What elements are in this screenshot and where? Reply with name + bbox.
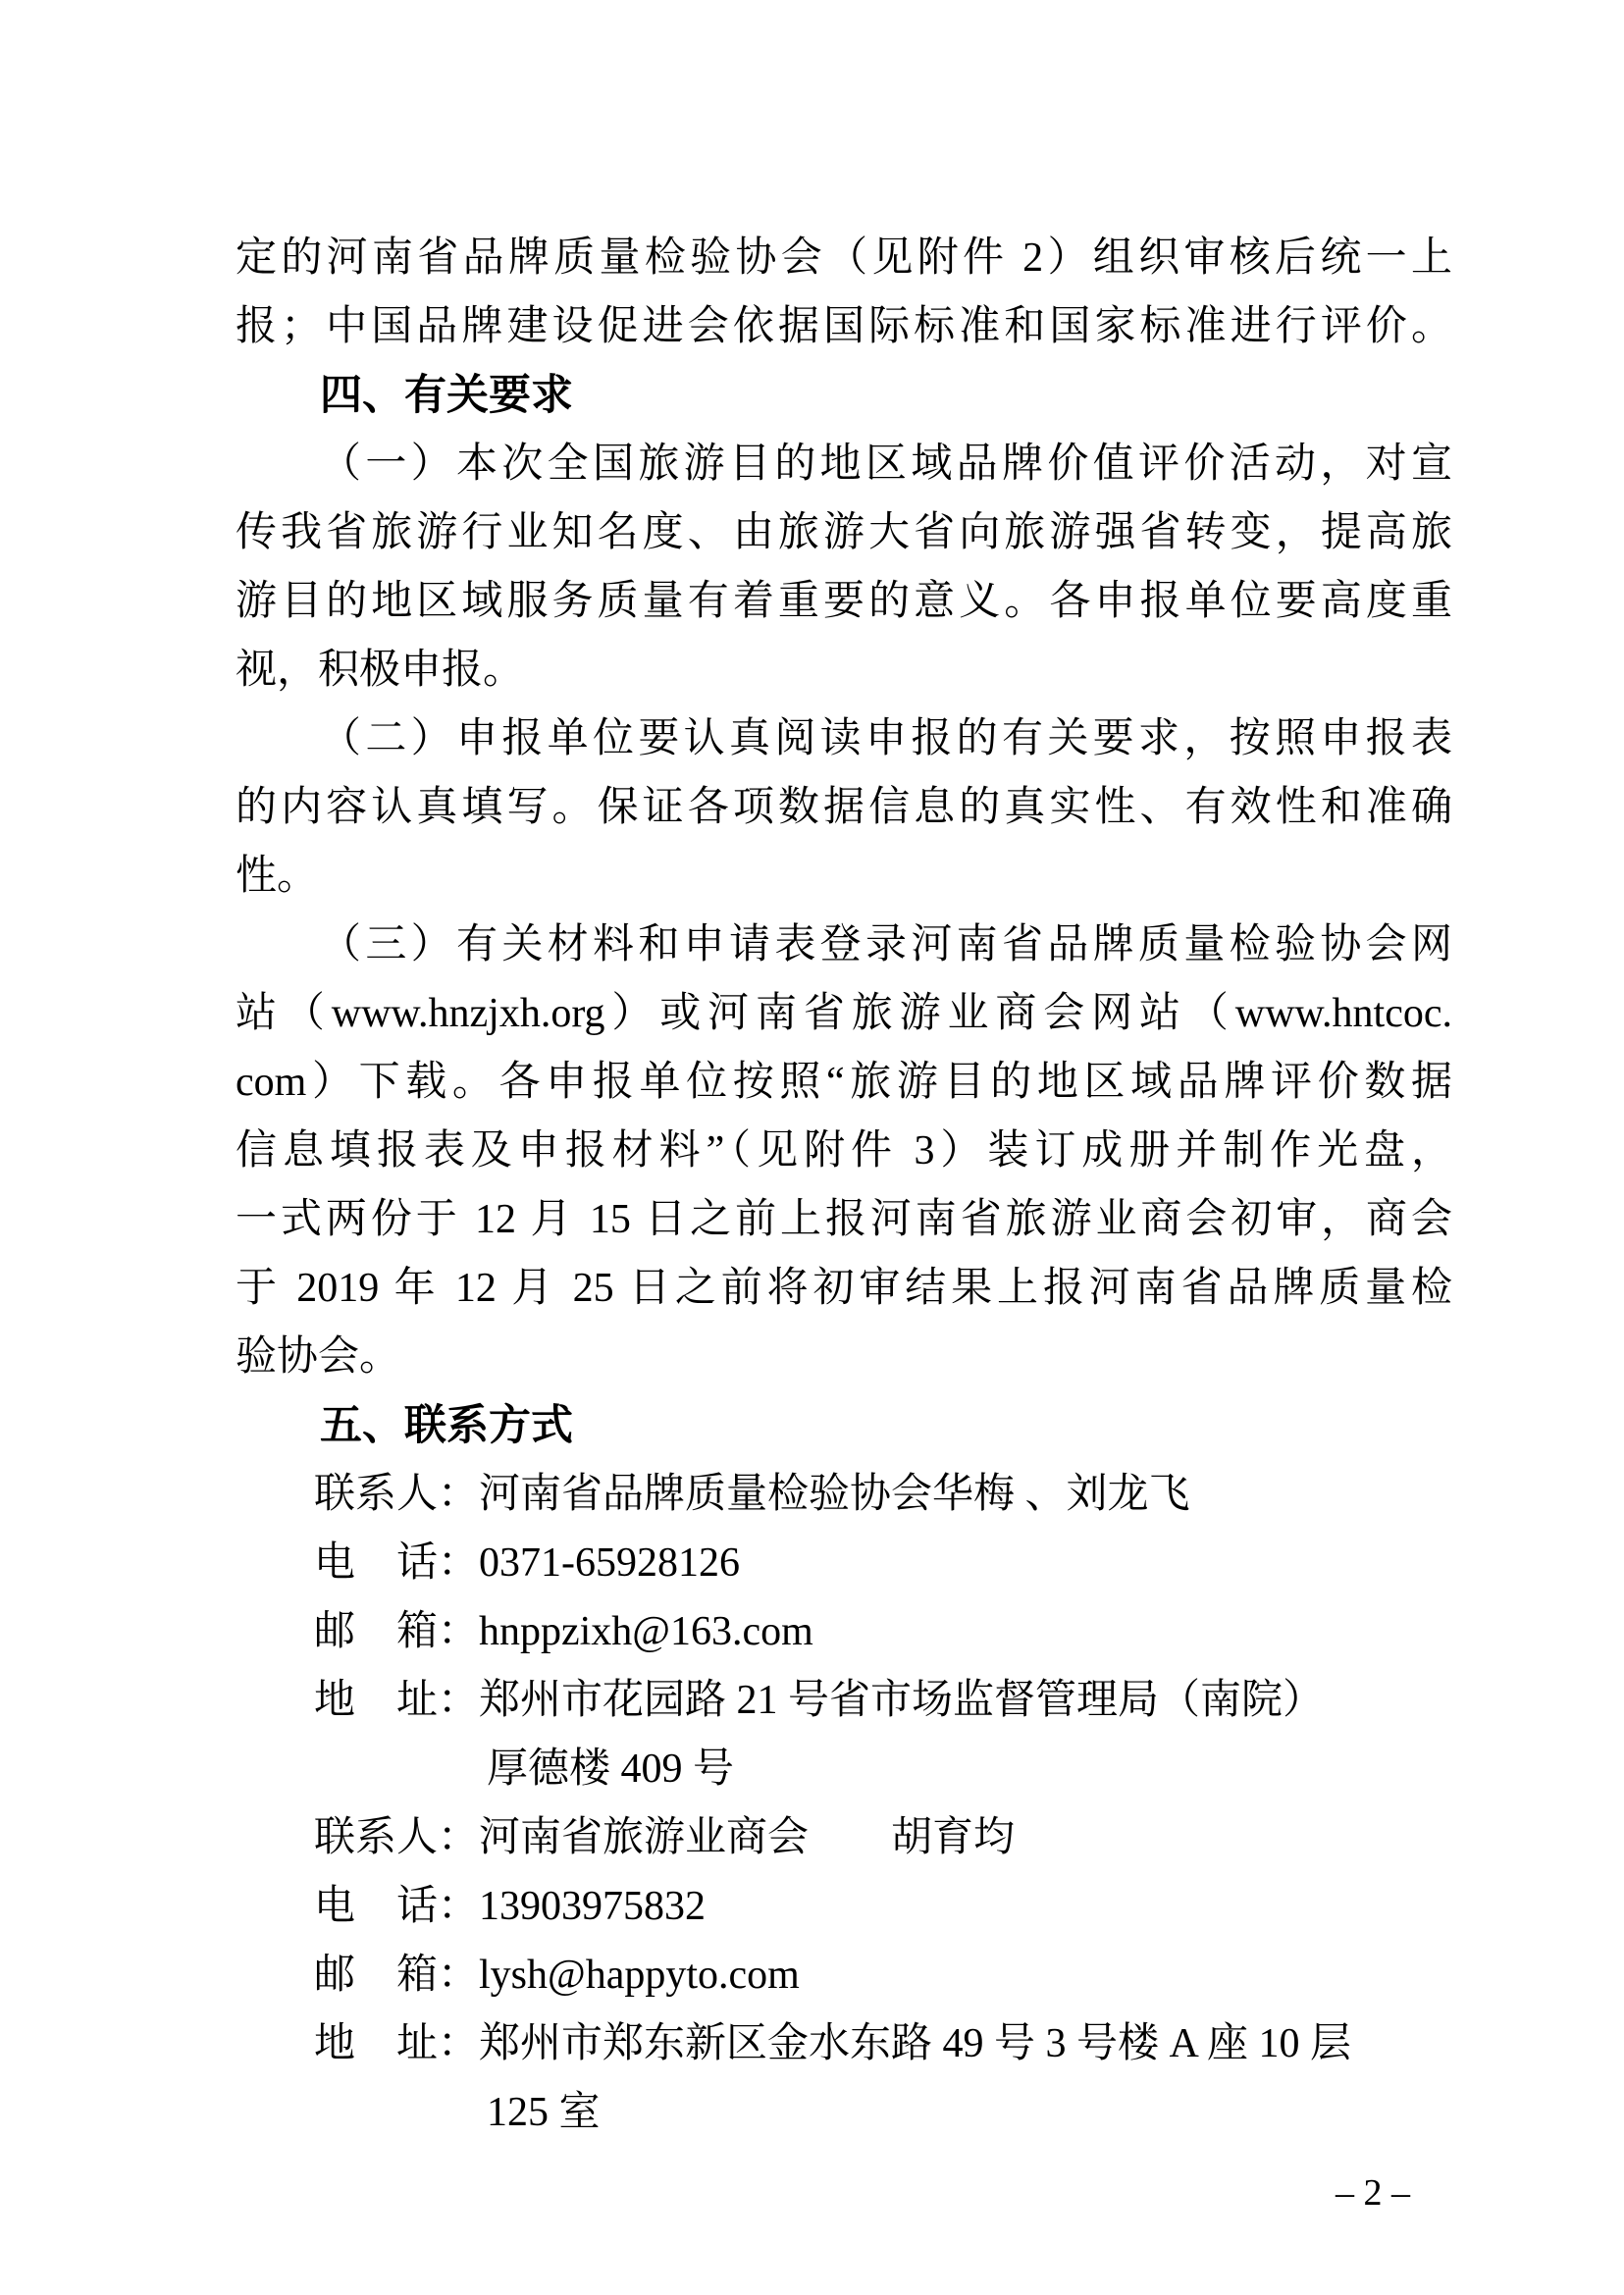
text-line: （二）申报单位要认真阅读申报的有关要求，按照申报表: [236, 704, 1452, 773]
text-line: 地 址：郑州市郑东新区金水东路 49 号 3 号楼 A 座 10 层: [236, 2009, 1452, 2078]
text-line: 站（www.hnzjxh.org）或河南省旅游业商会网站（www.hntcoc.: [236, 979, 1452, 1048]
text-line: 报；中国品牌建设促进会依据国际标准和国家标准进行评价。: [236, 292, 1452, 361]
text-line: （三）有关材料和申请表登录河南省品牌质量检验协会网: [236, 911, 1452, 979]
text-line: 的内容认真填写。保证各项数据信息的真实性、有效性和准确: [236, 773, 1452, 842]
text-line: 游目的地区域服务质量有着重要的意义。各申报单位要高度重: [236, 567, 1452, 636]
document-body: 定的河南省品牌质量检验协会（见附件 2）组织审核后统一上报；中国品牌建设促进会依…: [236, 224, 1452, 2147]
text-line: 厚德楼 409 号: [236, 1735, 1452, 1803]
text-line: 电 话：13903975832: [236, 1872, 1452, 1941]
text-line: 性。: [236, 842, 1452, 911]
text-line: com）下载。各申报单位按照“旅游目的地区域品牌评价数据: [236, 1048, 1452, 1117]
text-line: 联系人：河南省品牌质量检验协会华梅 、刘龙飞: [236, 1460, 1452, 1529]
text-line: 电 话：0371-65928126: [236, 1529, 1452, 1597]
text-line: 邮 箱：lysh@happyto.com: [236, 1941, 1452, 2009]
text-line: 于 2019 年 12 月 25 日之前将初审结果上报河南省品牌质量检: [236, 1254, 1452, 1323]
text-line: 验协会。: [236, 1323, 1452, 1391]
text-line: 定的河南省品牌质量检验协会（见附件 2）组织审核后统一上: [236, 224, 1452, 292]
document-page: 定的河南省品牌质量检验协会（见附件 2）组织审核后统一上报；中国品牌建设促进会依…: [0, 0, 1624, 2295]
text-line: 邮 箱：hnppzixh@163.com: [236, 1597, 1452, 1666]
section-heading: 五、联系方式: [236, 1391, 1452, 1460]
text-line: 信息填报表及申报材料”（见附件 3）装订成册并制作光盘，: [236, 1117, 1452, 1185]
text-line: （一）本次全国旅游目的地区域品牌价值评价活动，对宣: [236, 430, 1452, 498]
text-line: 传我省旅游行业知名度、由旅游大省向旅游强省转变，提高旅: [236, 498, 1452, 567]
text-line: 地 址：郑州市花园路 21 号省市场监督管理局（南院）: [236, 1666, 1452, 1735]
text-line: 联系人：河南省旅游业商会 胡育均: [236, 1803, 1452, 1872]
text-line: 125 室: [236, 2078, 1452, 2147]
page-number: – 2 –: [236, 2170, 1452, 2216]
text-line: 视，积极申报。: [236, 636, 1452, 704]
section-heading: 四、有关要求: [236, 361, 1452, 430]
text-line: 一式两份于 12 月 15 日之前上报河南省旅游业商会初审，商会: [236, 1185, 1452, 1254]
